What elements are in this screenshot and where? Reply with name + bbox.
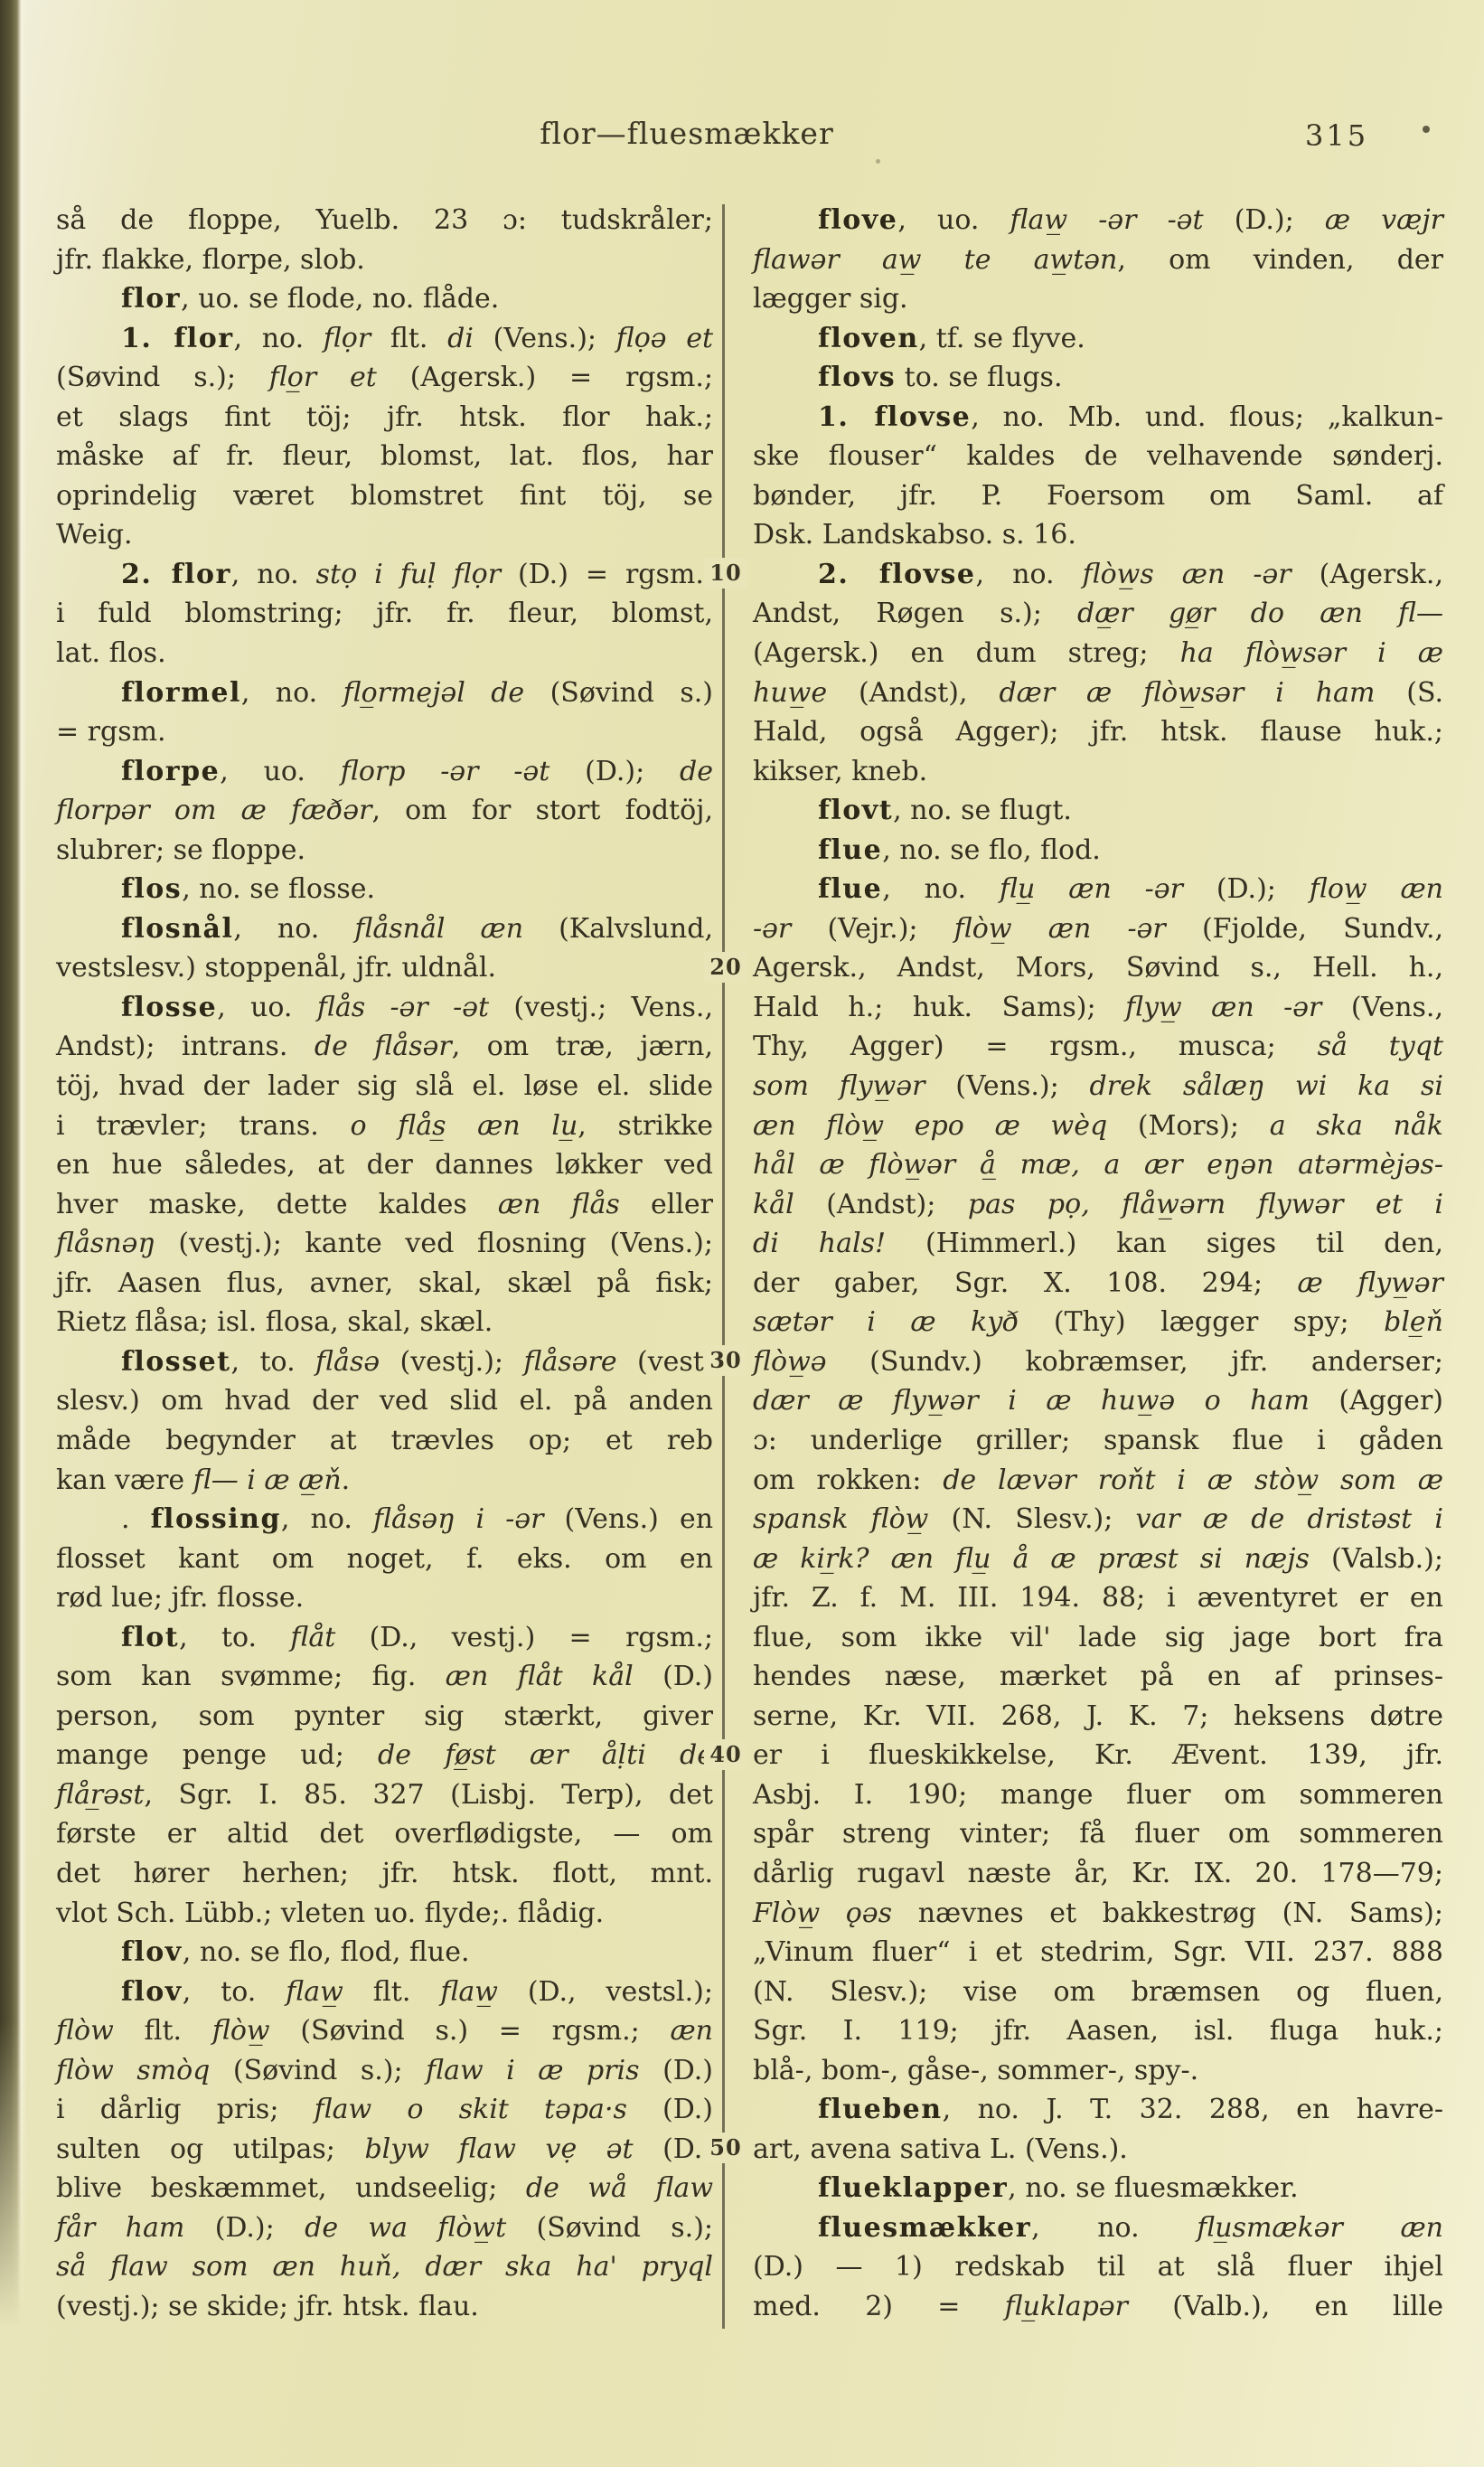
text-line: som kan svømme; fig. æn flåt kål (D.) xyxy=(56,1657,713,1697)
text-line: oprindelig været blomstret fint töj, se xyxy=(56,476,713,516)
text-line: -ər (Vejr.); flòw̲ æn -ər (Fjolde, Sundv… xyxy=(753,909,1443,949)
text-line: en hue således, at der dannes løkker ved xyxy=(56,1145,713,1185)
headword: 2. flovse xyxy=(818,559,976,590)
text-run: eller xyxy=(620,1189,713,1220)
text-line: jfr. Z. f. M. III. 194. 88; i æventyret … xyxy=(753,1578,1443,1618)
text-run: hendes næse, mærket på en af prinses- xyxy=(753,1661,1443,1692)
text-line: som flyw̲ər (Vens.); drek sålæŋ wi ka si xyxy=(753,1067,1443,1106)
text-line: flueben, no. J. T. 32. 288, en havre- xyxy=(753,2090,1443,2130)
dialect-phrase: flòw̲ xyxy=(212,2015,270,2047)
book-binding-shadow xyxy=(0,0,27,2350)
headword: florpe xyxy=(121,756,220,787)
text-line: rød lue; jfr. flosse. xyxy=(56,1578,713,1618)
text-line: flue, no. se flo, flod. xyxy=(753,831,1443,871)
text-run: (Vens.); xyxy=(925,1070,1089,1102)
text-line: di hals! (Himmerl.) kan siges til den, xyxy=(753,1224,1443,1264)
text-run: (Thy) lægger spy; xyxy=(1019,1306,1384,1338)
headword: flovt xyxy=(818,795,893,826)
text-run: person, som pynter sig stærkt, giver xyxy=(56,1700,713,1732)
dialect-phrase: flow̲ æn xyxy=(1310,873,1443,905)
text-run: (Vejr.); xyxy=(791,913,954,945)
dialect-phrase: flòw̲ æn -ər xyxy=(954,913,1166,945)
text-line: flosnål, no. flåsnål æn (Kalvslund, xyxy=(56,909,713,949)
headword: flos xyxy=(121,873,182,905)
dialect-phrase: spansk flòw̲ xyxy=(753,1503,928,1535)
text-line: mange penge ud; de fø̲st ær åḷti de xyxy=(56,1736,713,1775)
dialect-phrase: stọ i fuḷ flọr xyxy=(316,559,501,590)
text-line: måske af fr. fleur, blomst, lat. flos, h… xyxy=(56,437,713,476)
text-line: Hald, også Agger); jfr. htsk. flause huk… xyxy=(753,712,1443,752)
headword: flosset xyxy=(121,1346,231,1378)
dialect-phrase: æ flyw̲ər xyxy=(1298,1267,1443,1299)
text-run: , no. xyxy=(241,677,343,709)
text-line: med. 2) = flu̲klapər (Valb.), en lille xyxy=(753,2287,1443,2327)
text-run: (Valsb.); xyxy=(1310,1543,1443,1575)
text-run: (D.) xyxy=(640,2055,713,2086)
text-run: Hald h.; huk. Sams); xyxy=(753,992,1125,1023)
text-line: flueklapper, no. se fluesmækker. xyxy=(753,2169,1443,2208)
text-run: lat. flos. xyxy=(56,637,166,669)
dialect-phrase: dær æ flyw̲ər i æ huw̲ə o ham xyxy=(753,1385,1310,1417)
text-run: , no. se flo, flod. xyxy=(882,834,1101,866)
text-run: blå-, bom-, gåse-, sommer-, spy-. xyxy=(753,2055,1198,2086)
text-run: flue, som ikke vil' lade sig jage bort f… xyxy=(753,1622,1443,1653)
headword: flue xyxy=(818,834,882,866)
text-run: , no. xyxy=(234,323,324,354)
text-run: , to. xyxy=(231,1346,316,1378)
text-line: æn flòw̲ epo æ wèq (Mors); a ska nåk xyxy=(753,1106,1443,1146)
dialect-phrase: -ər xyxy=(753,913,791,945)
text-line: måde begynder at trævles op; et reb xyxy=(56,1421,713,1461)
headword: flosse xyxy=(121,992,217,1023)
dialect-phrase: så tyqt xyxy=(1318,1031,1443,1062)
headword: flue xyxy=(818,873,882,905)
headword: flosnål xyxy=(121,913,233,945)
text-line: slesv.) om hvad der ved slid el. på ande… xyxy=(56,1381,713,1421)
dialect-phrase: flawər aw̲ te aw̲tən xyxy=(753,244,1117,276)
text-run: som kan svømme; fig. xyxy=(56,1661,446,1692)
text-line: art, avena sativa L. (Vens.). xyxy=(753,2130,1443,2170)
text-run: , to. xyxy=(179,1622,290,1653)
text-line: Flòw̲ ǫəs nævnes et bakkestrøg (N. Sams)… xyxy=(753,1894,1443,1934)
text-run: jfr. Aasen flus, avner, skal, skæl på fi… xyxy=(56,1267,713,1299)
text-line: . flossing, no. flåsəŋ i -ər (Vens.) en xyxy=(56,1500,713,1540)
dialect-phrase: flåsə xyxy=(315,1346,380,1378)
text-run: rød lue; jfr. flosse. xyxy=(56,1582,304,1614)
dialect-phrase: flåsəŋ i -ər xyxy=(373,1503,543,1535)
dialect-phrase: de lævər roňt i æ stòw̲ som æ xyxy=(943,1464,1443,1496)
text-line: Sgr. I. 119; jfr. Aasen, isl. fluga huk.… xyxy=(753,2011,1443,2051)
text-run: = rgsm. xyxy=(56,716,166,748)
text-run: (Vens., xyxy=(1321,992,1443,1023)
text-run: måske af fr. fleur, blomst, lat. flos, h… xyxy=(56,440,713,472)
dialect-phrase: flyw̲ æn -ər xyxy=(1125,992,1321,1023)
text-run: , no. xyxy=(233,913,354,945)
text-run: art, avena sativa L. (Vens.). xyxy=(753,2133,1128,2165)
text-run: (Andst), xyxy=(827,677,999,709)
text-line: bønder, jfr. P. Foersom om Saml. af xyxy=(753,476,1443,516)
text-line: = rgsm. xyxy=(56,712,713,752)
text-run: (vest- xyxy=(617,1346,713,1378)
text-run: , uo. xyxy=(897,204,1010,236)
text-run: (N. Slesv.); vise om bræmsen og fluen, xyxy=(753,1976,1443,2008)
dialect-phrase: flòw smòq xyxy=(56,2055,210,2086)
dialect-phrase: æ væjr xyxy=(1325,204,1443,236)
dialect-phrase: di xyxy=(447,323,474,354)
text-run: (Søvind s.) xyxy=(524,677,713,709)
text-line: flue, som ikke vil' lade sig jage bort f… xyxy=(753,1618,1443,1658)
text-run: ske flouser“ kaldes de velhavende sønder… xyxy=(753,440,1443,472)
dialect-phrase: flåsnəŋ xyxy=(56,1228,155,1259)
text-run: blive beskæmmet, undseelig; xyxy=(56,2172,526,2204)
text-run: (Vens.); xyxy=(474,323,616,354)
text-line: dårlig rugavl næste år, Kr. IX. 20. 178—… xyxy=(753,1854,1443,1894)
dialect-phrase: sætər i æ kyð xyxy=(753,1306,1019,1338)
headword: 1. flor xyxy=(121,323,234,354)
text-run: , Sgr. I. 85. 327 (Lisbj. Terp), det xyxy=(144,1779,713,1811)
text-run: (Agger) xyxy=(1310,1385,1443,1417)
headword: 1. flovse xyxy=(818,401,971,433)
text-line: så flaw som æn huň, dær ska ha' pryql xyxy=(56,2247,713,2287)
text-run: (Agersk.) = rgsm.; xyxy=(377,362,713,393)
text-line: der gaber, Sgr. X. 108. 294; æ flyw̲ər xyxy=(753,1264,1443,1304)
text-run: (vestj.); se skide; jfr. htsk. flau. xyxy=(56,2291,479,2322)
text-line: florpər om æ fæðər, om for stort fodtöj, xyxy=(56,791,713,831)
dialect-phrase: Flòw̲ ǫəs xyxy=(753,1897,892,1929)
dialect-phrase: flu̲klapər xyxy=(1005,2291,1128,2322)
text-line: flòw̲ə (Sundv.) kobræmser, jfr. anderser… xyxy=(753,1342,1443,1382)
text-line: flosset kant om noget, f. eks. om en xyxy=(56,1540,713,1579)
text-run: (Valb.), en lille xyxy=(1128,2291,1443,2322)
text-run: måde begynder at trævles op; et reb xyxy=(56,1425,713,1456)
dialect-phrase: flu̲ æn -ər xyxy=(1000,873,1183,905)
gutter-line-number: 20 xyxy=(704,952,747,983)
text-run: (Andst); xyxy=(794,1189,968,1220)
text-run: kikser, kneb. xyxy=(753,756,927,787)
text-line: 2. flovse, no. flòw̲s æn -ər (Agersk., xyxy=(753,555,1443,595)
text-line: får ham (D.); de wa flòw̲t (Søvind s.); xyxy=(56,2208,713,2248)
text-run: , uo. xyxy=(220,756,341,787)
text-line: flue, no. flu̲ æn -ər (D.); flow̲ æn xyxy=(753,870,1443,909)
text-run: Andst); intrans. xyxy=(56,1031,315,1062)
dialect-phrase: drek sålæŋ wi ka si xyxy=(1090,1070,1443,1102)
text-run: , uo. se flode, no. flåde. xyxy=(181,283,499,315)
text-line: ɔ: underlige griller; spansk flue i gåde… xyxy=(753,1421,1443,1461)
text-run: om rokken: xyxy=(753,1464,943,1496)
text-line: hver maske, dette kaldes æn flås eller xyxy=(56,1185,713,1225)
text-line: Asbj. I. 190; mange fluer om sommeren xyxy=(753,1775,1443,1815)
text-run: (vestj.); kante ved flosning (Vens.); xyxy=(155,1228,713,1259)
text-run: (D.); xyxy=(1204,204,1325,236)
text-line: det hører herhen; jfr. htsk. flott, mnt. xyxy=(56,1854,713,1894)
gutter-line-number: 10 xyxy=(704,558,747,589)
gutter-line-number: 30 xyxy=(704,1345,747,1376)
dialect-phrase: som flyw̲ər xyxy=(753,1070,925,1102)
dialect-phrase: æ kir̲k? æn flu̲ å æ præst si næjs xyxy=(753,1543,1310,1575)
text-run: (Agersk., xyxy=(1291,559,1443,590)
text-run: (vestj.; Vens., xyxy=(489,992,713,1023)
dialect-phrase: æn flòw̲ epo æ wèq xyxy=(753,1110,1107,1142)
headword: flossing xyxy=(151,1503,281,1535)
text-line: flos, no. se flosse. xyxy=(56,870,713,909)
dialect-phrase: flòw̲ə xyxy=(753,1346,827,1378)
text-line: Agersk., Andst, Mors, Søvind s., Hell. h… xyxy=(753,948,1443,988)
text-run: flt. xyxy=(371,323,447,354)
text-run: første er altid det overflødigste, — om xyxy=(56,1818,713,1850)
gutter-line-number: 50 xyxy=(704,2133,747,2163)
text-run: (Mors); xyxy=(1107,1110,1270,1142)
headword: flor xyxy=(121,283,181,315)
text-run: , om vinden, der xyxy=(1117,244,1443,276)
headword: flov xyxy=(121,1936,183,1968)
text-line: 1. flovse, no. Mb. und. flous; „kalkun- xyxy=(753,398,1443,438)
dialect-phrase: æn xyxy=(670,2015,713,2047)
text-line: flòw flt. flòw̲ (Søvind s.) = rgsm.; æn xyxy=(56,2011,713,2051)
text-run: (Agersk.) en dum streg; xyxy=(753,637,1180,669)
text-line: (N. Slesv.); vise om bræmsen og fluen, xyxy=(753,1973,1443,2012)
dialect-phrase: florp -ər -ət xyxy=(341,756,550,787)
dialect-phrase: a ska nåk xyxy=(1270,1110,1443,1142)
dialect-phrase: flaw̲ xyxy=(286,1976,343,2008)
text-run: , no. xyxy=(976,559,1083,590)
text-run: dårlig rugavl næste år, Kr. IX. 20. 178—… xyxy=(753,1858,1443,1889)
text-line: (vestj.); se skide; jfr. htsk. flau. xyxy=(56,2287,713,2327)
text-line: flov, to. flaw̲ flt. flaw̲ (D., vestsl.)… xyxy=(56,1973,713,2012)
headword: flueklapper xyxy=(818,2172,1008,2204)
text-run: (D.); xyxy=(184,2212,305,2244)
dialect-phrase: flu̲smækər æn xyxy=(1197,2212,1443,2244)
text-line: jfr. flakke, florpe, slob. xyxy=(56,240,713,280)
text-run: flosset kant om noget, f. eks. om en xyxy=(56,1543,713,1575)
headword: flove xyxy=(818,204,897,236)
headword: floven xyxy=(818,323,919,354)
dialect-phrase: pas pọ, flåw̲ərn flywər et i xyxy=(968,1189,1443,1220)
text-run: lægger sig. xyxy=(753,283,908,315)
text-run: (D., vestj.) = rgsm.; xyxy=(335,1622,713,1653)
text-line: flove, uo. flaw̲ -ər -ət (D.); æ væjr xyxy=(753,201,1443,240)
text-run: (Fjolde, Sundv., xyxy=(1166,913,1443,945)
text-run: spår streng vinter; få fluer om sommeren xyxy=(753,1818,1443,1850)
text-line: flor, uo. se flode, no. flåde. xyxy=(56,279,713,319)
text-line: person, som pynter sig stærkt, giver xyxy=(56,1697,713,1737)
text-line: flòw smòq (Søvind s.); flaw i æ pris (D.… xyxy=(56,2051,713,2091)
text-run: vlot Sch. Lübb.; vleten uo. flyde;. flåd… xyxy=(56,1897,604,1929)
dialect-phrase: flaw̲ -ər -ət xyxy=(1010,204,1204,236)
text-run: med. 2) = xyxy=(753,2291,1005,2322)
dialect-phrase: o flås̲ æn lu̲ xyxy=(350,1110,578,1142)
headword: flov xyxy=(121,1976,183,2008)
text-line: serne, Kr. VII. 268, J. K. 7; heksens dø… xyxy=(753,1697,1443,1737)
dialect-phrase: florpər om æ fæðər xyxy=(56,795,371,826)
text-run: i dårlig pris; xyxy=(56,2094,315,2125)
text-run: Asbj. I. 190; mange fluer om sommeren xyxy=(753,1779,1443,1811)
text-run: (vestj.); xyxy=(380,1346,523,1378)
text-run: i fuld blomstring; jfr. fr. fleur, bloms… xyxy=(56,598,713,629)
text-run: , no. se flugt. xyxy=(893,795,1072,826)
text-run: sulten og utilpas; xyxy=(56,2133,364,2165)
dialect-phrase: flår̲əst xyxy=(56,1779,144,1811)
dialect-phrase: di hals! xyxy=(753,1228,886,1259)
text-line: (D.) — 1) redskab til at slå fluer ihjel xyxy=(753,2247,1443,2287)
text-run: oprindelig været blomstret fint töj, se xyxy=(56,480,713,512)
text-run: , tf. se flyve. xyxy=(919,323,1085,354)
text-run: (Vens.) en xyxy=(543,1503,713,1535)
text-line: (Søvind s.); flo̲r et (Agersk.) = rgsm.; xyxy=(56,358,713,398)
text-run: Dsk. Landskabso. s. 16. xyxy=(753,519,1076,551)
dialect-phrase: dær æ flòw̲sər i ham xyxy=(999,677,1375,709)
text-run: (Himmerl.) kan siges til den, xyxy=(886,1228,1443,1259)
dialect-phrase: flọə et xyxy=(616,323,713,354)
text-run: nævnes et bakkestrøg (N. Sams); xyxy=(892,1897,1443,1929)
text-run: (Søvind s.) = rgsm.; xyxy=(270,2015,671,2047)
text-run: det hører herhen; jfr. htsk. flott, mnt. xyxy=(56,1858,713,1889)
text-run: töj, hvad der lader sig slå el. løse el.… xyxy=(56,1070,713,1102)
dialect-phrase: var æ de dristəst i xyxy=(1136,1503,1443,1535)
text-line: er i flueskikkelse, Kr. Ævent. 139, jfr. xyxy=(753,1736,1443,1775)
text-run: , to. xyxy=(183,1976,286,2008)
text-line: töj, hvad der lader sig slå el. løse el.… xyxy=(56,1067,713,1106)
text-run: hver maske, dette kaldes xyxy=(56,1189,498,1220)
dialect-phrase: de wå flaw xyxy=(526,2172,713,2204)
text-line: hendes næse, mærket på en af prinses- xyxy=(753,1657,1443,1697)
text-line: Andst, Røgen s.); dæ̲r gø̲r do æn fl— xyxy=(753,594,1443,634)
text-run: flt. xyxy=(343,1976,440,2008)
text-line: ske flouser“ kaldes de velhavende sønder… xyxy=(753,437,1443,476)
text-run: (Søvind s.); xyxy=(506,2212,713,2244)
text-run: en hue således, at der dannes løkker ved xyxy=(56,1149,713,1181)
headword: 2. flor xyxy=(121,559,231,590)
text-run: flt. xyxy=(114,2015,212,2047)
text-line: Dsk. Landskabso. s. 16. xyxy=(753,515,1443,555)
dialect-phrase: ha flòw̲sər i æ xyxy=(1180,637,1443,669)
headword: flormel xyxy=(121,677,241,709)
text-run: slubrer; se floppe. xyxy=(56,834,305,866)
text-run: . xyxy=(342,1464,351,1496)
text-run: slesv.) om hvad der ved slid el. på ande… xyxy=(56,1385,713,1417)
text-run: i trævler; trans. xyxy=(56,1110,350,1142)
text-run: , no. xyxy=(882,873,1000,905)
scanned-dictionary-page: { "header": { "title": "flor—fluesmækker… xyxy=(0,0,1484,2467)
dialect-phrase: flåt xyxy=(290,1622,335,1653)
text-line: kan være fl— i æ æ̲ň. xyxy=(56,1461,713,1501)
headword: flueben xyxy=(818,2094,943,2125)
text-line: æ kir̲k? æn flu̲ å æ præst si næjs (Vals… xyxy=(753,1540,1443,1579)
text-line: flosset, to. flåsə (vestj.); flåsəre (ve… xyxy=(56,1342,713,1382)
dialect-phrase: dæ̲r gø̲r do æn fl— xyxy=(1077,598,1443,629)
text-run: ɔ: underlige griller; spansk flue i gåde… xyxy=(753,1425,1443,1456)
text-run: Agersk., Andst, Mors, Søvind s., Hell. h… xyxy=(753,952,1443,984)
text-line: lægger sig. xyxy=(753,279,1443,319)
dictionary-column-right: flove, uo. flaw̲ -ər -ət (D.); æ væjrfla… xyxy=(753,201,1443,2327)
dialect-phrase: flòw̲s æn -ər xyxy=(1083,559,1291,590)
text-run: to. se flugs. xyxy=(896,362,1062,393)
text-line: blive beskæmmet, undseelig; de wå flaw xyxy=(56,2169,713,2208)
text-run: jfr. flakke, florpe, slob. xyxy=(56,244,365,276)
text-run: (D.) xyxy=(627,2094,713,2125)
text-run: , no. se fluesmækker. xyxy=(1008,2172,1299,2204)
text-line: om rokken: de lævər roňt i æ stòw̲ som æ xyxy=(753,1461,1443,1501)
text-line: dær æ flyw̲ər i æ huw̲ə o ham (Agger) xyxy=(753,1381,1443,1421)
ink-speck xyxy=(876,159,880,164)
text-line: jfr. Aasen flus, avner, skal, skæl på fi… xyxy=(56,1264,713,1304)
dialect-phrase: så flaw som æn huň, dær ska ha' pryql xyxy=(56,2251,713,2283)
dialect-phrase: fl— i æ æ̲ň xyxy=(193,1464,342,1496)
dialect-phrase: flaw i æ pris xyxy=(426,2055,639,2086)
text-run: kan være xyxy=(56,1464,193,1496)
text-line: slubrer; se floppe. xyxy=(56,831,713,871)
headword: flot xyxy=(121,1622,179,1653)
text-run: mange penge ud; xyxy=(56,1739,378,1771)
text-run: vestslesv.) stoppenål, jfr. uldnål. xyxy=(56,952,496,984)
text-line: kikser, kneb. xyxy=(753,752,1443,792)
text-run: Andst, Røgen s.); xyxy=(753,598,1077,629)
text-line: Thy, Agger) = rgsm., musca; så tyqt xyxy=(753,1027,1443,1067)
text-line: sætər i æ kyð (Thy) lægger spy; ble̲ň xyxy=(753,1303,1443,1342)
text-line: (Agersk.) en dum streg; ha flòw̲sər i æ xyxy=(753,634,1443,673)
text-run: (S. xyxy=(1375,677,1443,709)
text-line: flov, no. se flo, flod, flue. xyxy=(56,1933,713,1973)
dialect-phrase: flọr xyxy=(324,323,371,354)
text-run: , strikke xyxy=(578,1110,713,1142)
text-line: lat. flos. xyxy=(56,634,713,673)
dialect-phrase: de xyxy=(680,756,713,787)
text-line: et slags fint töj; jfr. htsk. flor hak.; xyxy=(56,398,713,438)
text-line: blå-, bom-, gåse-, sommer-, spy-. xyxy=(753,2051,1443,2091)
text-run: Rietz flåsa; isl. flosa, skal, skæl. xyxy=(56,1306,493,1338)
text-run: er i flueskikkelse, Kr. Ævent. 139, jfr. xyxy=(753,1739,1443,1771)
dialect-phrase: de flåsər xyxy=(315,1031,452,1062)
dialect-phrase: ble̲ň xyxy=(1384,1306,1443,1338)
column-divider-rule xyxy=(722,204,725,2329)
text-line: sulten og utilpas; blyw flaw vẹ ət (D.) xyxy=(56,2130,713,2170)
text-line: flovs to. se flugs. xyxy=(753,358,1443,398)
text-run: , no. J. T. 32. 288, en havre- xyxy=(943,2094,1443,2125)
text-run: serne, Kr. VII. 268, J. K. 7; heksens dø… xyxy=(753,1700,1443,1732)
text-line: florpe, uo. florp -ər -ət (D.); de xyxy=(56,752,713,792)
text-line: hål æ flòw̲ər å̲ mæ, a ær eŋən atərmèjəs… xyxy=(753,1145,1443,1185)
dialect-phrase: æn flåt kål xyxy=(446,1661,634,1692)
text-line: første er altid det overflødigste, — om xyxy=(56,1814,713,1854)
text-run: et slags fint töj; jfr. htsk. flor hak.; xyxy=(56,401,713,433)
text-line: Rietz flåsa; isl. flosa, skal, skæl. xyxy=(56,1303,713,1342)
text-line: „Vinum fluer“ i et stedrim, Sgr. VII. 23… xyxy=(753,1933,1443,1973)
ink-speck xyxy=(1423,126,1430,133)
headword: flovs xyxy=(818,362,896,393)
text-run: , no. se flosse. xyxy=(182,873,375,905)
text-run: (Kalvslund, xyxy=(523,913,713,945)
text-run: (D.); xyxy=(1183,873,1310,905)
text-run: (D., vestsl.); xyxy=(498,1976,713,2008)
text-line: Hald h.; huk. Sams); flyw̲ æn -ər (Vens.… xyxy=(753,988,1443,1028)
text-run: (D.); xyxy=(549,756,680,787)
text-line: fluesmækker, no. flu̲smækər æn xyxy=(753,2208,1443,2248)
text-run: (D.) xyxy=(634,1661,713,1692)
dialect-phrase: hål æ flòw̲ər å̲ mæ, a ær eŋən atərmèjəs… xyxy=(753,1149,1443,1181)
text-run: bønder, jfr. P. Foersom om Saml. af xyxy=(753,480,1443,512)
dialect-phrase: flo̲rmejəl de xyxy=(343,677,525,709)
text-line: flot, to. flåt (D., vestj.) = rgsm.; xyxy=(56,1618,713,1658)
text-line: så de floppe, Yuelb. 23 ɔ: tudskråler; xyxy=(56,201,713,240)
dialect-phrase: flo̲r et xyxy=(269,362,377,393)
text-run: „Vinum fluer“ i et stedrim, Sgr. VII. 23… xyxy=(753,1936,1443,1968)
text-run: der gaber, Sgr. X. 108. 294; xyxy=(753,1267,1298,1299)
dialect-phrase: flåsnål æn xyxy=(354,913,523,945)
text-run: , no. xyxy=(231,559,316,590)
text-line: flormel, no. flo̲rmejəl de (Søvind s.) xyxy=(56,673,713,713)
text-line: 2. flor, no. stọ i fuḷ flọr (D.) = rgsm.… xyxy=(56,555,713,595)
text-line: huw̲e (Andst), dær æ flòw̲sər i ham (S. xyxy=(753,673,1443,713)
text-run: (D.) — 1) redskab til at slå fluer ihjel xyxy=(753,2251,1443,2283)
